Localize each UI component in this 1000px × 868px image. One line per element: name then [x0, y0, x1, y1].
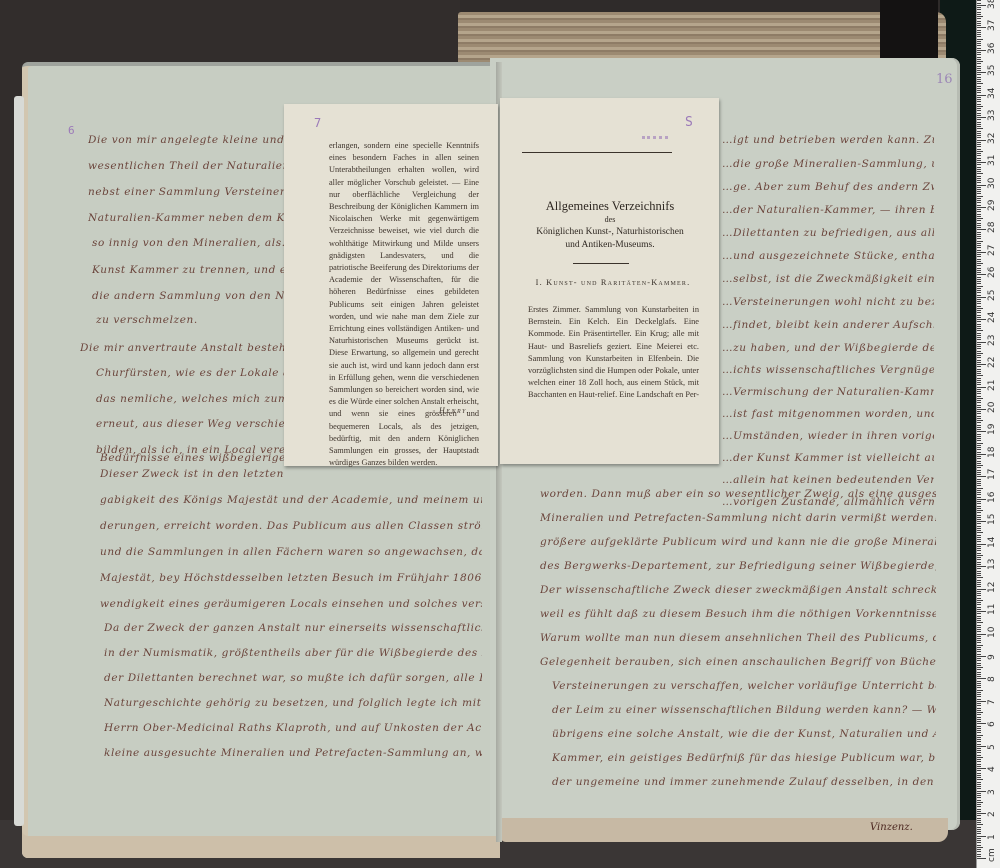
ruler-tick [977, 476, 986, 477]
ruler-tick [977, 27, 986, 28]
ruler-tick [977, 779, 983, 780]
ruler-tick [977, 86, 981, 87]
ruler-tick [977, 389, 981, 390]
ruler-tick [977, 211, 981, 212]
ruler-tick [977, 443, 983, 444]
ruler-tick [977, 324, 981, 325]
ruler-tick [977, 555, 983, 556]
ruler-tick [977, 286, 983, 287]
ruler-tick [977, 660, 981, 661]
ruler-tick [977, 557, 981, 558]
ruler-tick [977, 48, 981, 49]
ruler-tick [977, 674, 981, 675]
ruler-tick [977, 173, 983, 174]
ruler-tick [977, 382, 981, 383]
ruler-tick [977, 0, 981, 1]
catalog-subtitle-des: des [520, 214, 700, 226]
ruler-tick [977, 546, 981, 547]
ruler-tick [977, 61, 983, 62]
ruler-tick [977, 310, 981, 311]
ruler-tick [977, 784, 981, 785]
handwritten-line: …zu haben, und der Wißbegierde des gemis… [722, 342, 934, 354]
ruler-tick [977, 553, 981, 554]
ruler-tick [977, 788, 981, 789]
ruler-tick [977, 135, 981, 136]
ruler-tick [977, 39, 983, 40]
handwritten-line: Mineralien und Petrefacten-Sammlung nich… [540, 512, 936, 524]
ruler-tick [977, 723, 986, 724]
ruler-tick [977, 384, 981, 385]
ruler-tick [977, 164, 981, 165]
ruler-tick [977, 492, 981, 493]
ruler-tick [977, 360, 981, 361]
handwritten-line: …Versteinerungen wohl nicht zu bezweifel… [722, 296, 934, 308]
ruler-tick [977, 185, 986, 186]
handwritten-line: Naturgeschichte gehörig zu besetzen, und… [104, 697, 482, 709]
ruler-tick [977, 770, 981, 771]
ruler-tick [977, 463, 981, 464]
ruler-label: 22 [987, 357, 997, 368]
ruler-tick [977, 708, 981, 709]
ruler-tick [977, 618, 981, 619]
ruler-label: 14 [987, 536, 997, 547]
ruler-tick [977, 339, 981, 340]
ruler-tick [977, 151, 983, 152]
ruler-tick [977, 66, 981, 67]
ruler-tick [977, 99, 981, 100]
ruler-tick [977, 537, 981, 538]
ruler-tick [977, 836, 986, 837]
ruler-tick [977, 409, 986, 410]
ruler-tick [977, 308, 983, 309]
ruler-tick [977, 95, 986, 96]
ruler-label: 1 [987, 834, 997, 840]
ruler-tick [977, 104, 981, 105]
ruler-tick [977, 344, 981, 345]
ruler-tick [977, 566, 986, 567]
ruler-tick [977, 43, 981, 44]
ruler-tick [977, 721, 981, 722]
ruler-tick [977, 840, 981, 841]
ruler-tick [977, 77, 981, 78]
ruler-tick [977, 593, 981, 594]
ruler-tick [977, 604, 981, 605]
ruler-tick [977, 52, 981, 53]
ruler-tick [977, 54, 981, 55]
ruler-tick [977, 431, 986, 432]
ruler-tick [977, 140, 986, 141]
ruler-tick [977, 818, 981, 819]
ruler-tick [977, 562, 981, 563]
ruler-tick [977, 236, 981, 237]
ruler-tick [977, 301, 981, 302]
ruler-tick [977, 81, 981, 82]
ruler-tick [977, 820, 981, 821]
ruler-tick [977, 752, 981, 753]
ruler-tick [977, 425, 981, 426]
ruler-tick [977, 687, 981, 688]
ruler-tick [977, 764, 981, 765]
ruler-tick [977, 647, 981, 648]
ruler-tick [977, 245, 981, 246]
ruler-tick [977, 526, 981, 527]
ruler-tick [977, 342, 986, 343]
ruler-tick [977, 831, 981, 832]
handwritten-line: Warum wollte man nun diesem ansehnlichen… [540, 632, 936, 644]
ruler-tick [977, 510, 983, 511]
ruler-tick [977, 847, 983, 848]
handwritten-line: Gelegenheit berauben, sich einen anschau… [540, 656, 936, 668]
handwritten-line: das nemliche, welches mich zum Vorschl… [96, 393, 284, 405]
ruler-tick [977, 845, 981, 846]
ruler-tick [977, 241, 983, 242]
ruler-tick [977, 631, 981, 632]
ruler-tick [977, 858, 986, 859]
ruler-tick [977, 829, 981, 830]
handwritten-line: Versteinerungen zu verschaffen, welcher … [552, 680, 936, 692]
ruler-tick [977, 191, 981, 192]
ruler-tick [977, 613, 981, 614]
ruler-tick [977, 101, 981, 102]
handwritten-line: übrigens eine solche Anstalt, wie die de… [552, 728, 936, 740]
ruler-tick [977, 41, 981, 42]
ruler-tick [977, 193, 981, 194]
leaflet-paragraph: erlangen, sondern eine specielle Kenntni… [329, 140, 479, 469]
ruler-tick [977, 773, 981, 774]
ruler-tick [977, 521, 986, 522]
ruler-tick [977, 281, 981, 282]
ruler-tick [977, 564, 981, 565]
handwritten-line: Naturalien-Kammer neben dem Kun… [88, 212, 284, 224]
ruler-tick [977, 512, 981, 513]
ruler-tick [977, 79, 981, 80]
handwritten-line: …allein hat keinen bedeutenden Verlust [722, 474, 934, 486]
ruler-tick [977, 649, 981, 650]
handwritten-line: des Bergwerks-Departement, zur Befriedig… [540, 560, 936, 572]
ruler-tick [977, 333, 981, 334]
ruler-tick [977, 748, 981, 749]
ruler-tick [977, 672, 981, 673]
ruler-label: 31 [987, 155, 997, 166]
ruler-tick [977, 701, 986, 702]
ruler-tick [977, 717, 981, 718]
ruler-tick [977, 856, 981, 857]
ruler-tick [977, 800, 981, 801]
ruler-tick [977, 7, 981, 8]
ruler-tick [977, 438, 981, 439]
ruler-tick [977, 153, 981, 154]
ruler-tick [977, 591, 981, 592]
ruler-tick [977, 155, 981, 156]
ruler-tick [977, 467, 981, 468]
handwritten-line: …selbst, ist die Zweckmäßigkeit einer be… [722, 273, 934, 285]
ruler-tick [977, 483, 981, 484]
ruler-tick [977, 169, 981, 170]
ruler-tick [977, 418, 981, 419]
ruler-tick [977, 250, 981, 251]
ruler-tick [977, 622, 983, 623]
ruler-tick [977, 501, 981, 502]
ruler-tick [977, 5, 986, 6]
ruler-tick [977, 292, 981, 293]
printed-leaflet-left: 7 erlangen, sondern eine specielle Kennt… [284, 104, 498, 466]
ruler-tick [977, 182, 981, 183]
ruler-tick [977, 12, 981, 13]
ruler-tick [977, 223, 981, 224]
ruler-label: 29 [987, 199, 997, 210]
ruler-tick [977, 283, 981, 284]
ruler-tick [977, 544, 986, 545]
ruler-tick [977, 833, 981, 834]
handwritten-line: worden. Dann muß aber ein so wesentliche… [540, 488, 936, 500]
ruler-tick [977, 413, 981, 414]
handwritten-line: erneut, aus dieser Weg verschieden… [96, 418, 284, 430]
ruler-tick [977, 712, 983, 713]
ruler-tick [977, 656, 986, 657]
ruler-tick [977, 290, 981, 291]
ruler-tick [977, 454, 986, 455]
ruler-tick [977, 665, 981, 666]
ruler-tick [977, 88, 981, 89]
ruler-tick [977, 128, 983, 129]
ruler-tick [977, 355, 981, 356]
ruler-tick [977, 180, 981, 181]
ruler-tick [977, 369, 981, 370]
ruler-tick [977, 440, 981, 441]
ruler-tick [977, 490, 981, 491]
ruler-tick [977, 167, 981, 168]
ruler-tick [977, 303, 981, 304]
ruler-tick [977, 45, 981, 46]
ruler-tick [977, 838, 981, 839]
handwritten-line: gabigkeit des Königs Majestät und der Ac… [100, 494, 482, 506]
ruler-tick [977, 234, 981, 235]
ruler-tick [977, 827, 981, 828]
handwritten-line: wesentlichen Theil der Naturalien-Ka… [88, 160, 284, 172]
ruler-tick [977, 757, 983, 758]
ruler-tick [977, 813, 986, 814]
ruler-tick [977, 434, 981, 435]
ruler-tick [977, 645, 983, 646]
book-clamp [880, 0, 938, 60]
ruler-tick [977, 775, 981, 776]
ruler-tick [977, 744, 981, 745]
ruler-tick [977, 265, 981, 266]
ruler-tick [977, 710, 981, 711]
ruler-tick [977, 263, 983, 264]
ruler-tick [977, 74, 981, 75]
ruler-tick [977, 117, 986, 118]
ruler-tick [977, 364, 986, 365]
ruler-label: 33 [987, 110, 997, 121]
handwritten-line: Churfürsten, wie es der Lokale allein… [96, 367, 284, 379]
handwritten-line: …Dilettanten zu befriedigen, aus allen [722, 227, 934, 239]
ruler-tick [977, 681, 981, 682]
measurement-ruler: cm12345678910111213141516171819202122232… [976, 0, 1000, 868]
ruler-tick [977, 319, 986, 320]
ruler-tick [977, 815, 981, 816]
ruler-tick [977, 68, 981, 69]
ruler-tick [977, 842, 981, 843]
handwritten-line: Die von mir angelegte kleine und auserl… [88, 134, 284, 146]
ruler-tick [977, 692, 981, 693]
ruler-tick [977, 25, 981, 26]
catalog-subtitle-line1: Königlichen Kunst-, Naturhistorischen [520, 226, 700, 239]
ruler-tick [977, 759, 981, 760]
handwritten-line: der ungemeine und immer zunehmende Zulau… [552, 776, 936, 788]
ruler-tick [977, 187, 981, 188]
ruler-label: 19 [987, 424, 997, 435]
ruler-label: 4 [987, 766, 997, 772]
ruler-tick [977, 436, 981, 437]
ruler-tick [977, 739, 981, 740]
ruler-tick [977, 158, 981, 159]
ruler-tick [977, 732, 981, 733]
leaflet-signature: Henry. [439, 406, 470, 415]
handwritten-line: …der Naturalien-Kammer, — ihren Besitz [722, 204, 934, 216]
ruler-label: 16 [987, 491, 997, 502]
ruler-tick [977, 802, 983, 803]
ruler-tick [977, 277, 981, 278]
ruler-tick [977, 21, 981, 22]
ruler-tick [977, 232, 981, 233]
ruler-tick [977, 407, 981, 408]
ruler-tick [977, 559, 981, 560]
ruler-tick [977, 793, 981, 794]
ruler-tick [977, 699, 981, 700]
ruler-tick [977, 189, 981, 190]
ruler-tick [977, 420, 983, 421]
printed-leaflet-right: S Allgemeines Verzeichnifs des Königlich… [500, 98, 719, 464]
ruler-tick [977, 328, 981, 329]
ruler-tick [977, 458, 981, 459]
ruler-tick [977, 422, 981, 423]
ruler-tick [977, 595, 981, 596]
ruler-tick [977, 470, 981, 471]
ruler-tick [977, 550, 981, 551]
ruler-tick [977, 297, 986, 298]
ruler-tick [977, 353, 983, 354]
ruler-tick [977, 481, 981, 482]
handwritten-line: …Vermischung der Naturalien-Kammer — [722, 386, 934, 398]
handwritten-line: Herrn Ober-Medicinal Raths Klaproth, und… [104, 722, 482, 734]
ruler-tick [977, 806, 981, 807]
ruler-tick [977, 791, 986, 792]
ruler-tick [977, 126, 981, 127]
ruler-tick [977, 523, 981, 524]
ruler-tick [977, 32, 981, 33]
ruler-label: 38 [987, 0, 997, 9]
handwritten-line: …die große Mineralien-Sammlung, unter de… [722, 158, 934, 170]
handwritten-line: derungen, erreicht worden. Das Publicum … [100, 520, 482, 532]
ruler-label: 8 [987, 677, 997, 683]
ruler-tick [977, 137, 981, 138]
ruler-tick [977, 714, 981, 715]
ruler-tick [977, 465, 983, 466]
ruler-tick [977, 110, 981, 111]
ruler-tick [977, 351, 981, 352]
ruler-label: 2 [987, 811, 997, 817]
ruler-tick [977, 218, 983, 219]
ruler-tick [977, 535, 981, 536]
handwritten-line: nebst einer Sammlung Versteinerungen… [88, 186, 284, 198]
ruler-tick [977, 616, 981, 617]
ruler-tick [977, 380, 981, 381]
ruler-tick [977, 326, 981, 327]
ruler-tick [977, 602, 981, 603]
ruler-tick [977, 176, 981, 177]
ruler-label: 25 [987, 289, 997, 300]
ruler-tick [977, 330, 983, 331]
ruler-tick [977, 400, 981, 401]
handwritten-line: …und ausgezeichnete Stücke, enthalten. [722, 250, 934, 262]
ruler-tick [977, 270, 981, 271]
ruler-tick [977, 499, 986, 500]
ruler-tick [977, 582, 981, 583]
ruler-tick [977, 822, 981, 823]
ruler-label: 7 [987, 699, 997, 705]
ruler-tick [977, 678, 986, 679]
book-page-edges [458, 12, 946, 62]
handwritten-line: weil es fühlt daß zu diesem Besuch ihm d… [540, 608, 936, 620]
ruler-tick [977, 452, 981, 453]
ruler-tick [977, 445, 981, 446]
ruler-tick [977, 261, 981, 262]
ruler-tick [977, 346, 981, 347]
handwritten-line: der Leim zu einer wissenschaftlichen Bil… [552, 704, 936, 716]
ruler-tick [977, 72, 986, 73]
ruler-tick [977, 113, 981, 114]
ruler-tick [977, 598, 981, 599]
ruler-label: 36 [987, 42, 997, 53]
ruler-tick [977, 205, 981, 206]
handwritten-line: größere aufgeklärte Publicum wird und ka… [540, 536, 936, 548]
ruler-tick [977, 851, 981, 852]
ruler-tick [977, 539, 981, 540]
ruler-tick [977, 50, 986, 51]
ruler-tick [977, 519, 981, 520]
ruler-tick [977, 411, 981, 412]
ruler-tick [977, 584, 981, 585]
catalog-subtitle-line2: und Antiken-Museums. [520, 239, 700, 252]
ruler-tick [977, 508, 981, 509]
handwritten-line: …igt und betrieben werden kann. Zu diese… [722, 134, 934, 146]
ruler-label: 3 [987, 789, 997, 795]
ruler-tick [977, 607, 981, 608]
ruler-tick [977, 209, 981, 210]
ruler-tick [977, 90, 981, 91]
ruler-tick [977, 366, 981, 367]
ruler-tick [977, 362, 981, 363]
ruler-tick [977, 63, 981, 64]
ruler-tick [977, 396, 981, 397]
ruler-tick [977, 746, 986, 747]
ruler-tick [977, 131, 981, 132]
ruler-label: 6 [987, 722, 997, 728]
ruler-tick [977, 216, 981, 217]
ruler-tick [977, 83, 983, 84]
ruler-label: 15 [987, 514, 997, 525]
ruler-tick [977, 256, 981, 257]
ruler-tick [977, 9, 981, 10]
ruler-tick [977, 654, 981, 655]
ruler-tick [977, 548, 981, 549]
handwritten-line: Der wissenschaftliche Zweck dieser zweck… [540, 584, 936, 596]
handwritten-line: und die Sammlungen in allen Fächern ware… [100, 546, 482, 558]
section-body: Erstes Zimmer. Sammlung von Kunstarbeite… [528, 304, 699, 402]
ruler-tick [977, 59, 981, 60]
ruler-tick [977, 393, 981, 394]
